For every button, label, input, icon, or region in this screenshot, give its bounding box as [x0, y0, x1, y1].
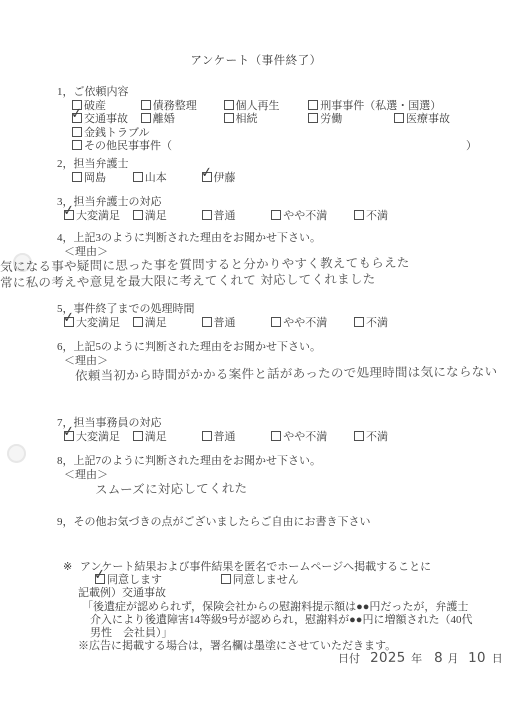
handwritten-month: 8	[434, 650, 443, 666]
consent-option-row: 同意します 同意しません	[95, 574, 512, 587]
example-heading: 記載例）交通事故	[78, 587, 512, 600]
section-reason-q7: 8，上記7のように判断された理由をお聞かせ下さい。 ＜理由＞ スムーズに対応して…	[0, 455, 512, 498]
section-label: 事件終了までの処理時間	[74, 303, 195, 315]
section-number: 1，	[57, 86, 74, 100]
section-header: 1，ご依頼内容	[57, 86, 512, 100]
option-ito: 伊藤	[202, 172, 236, 186]
section-label: 担当弁護士の対応	[74, 196, 162, 208]
option-debt-consolidation: 債務整理	[141, 100, 221, 114]
day-unit: 日	[492, 653, 503, 665]
option-somewhat-dissatisfied: やや不満	[271, 317, 351, 331]
section-label: 上記5のように判断された理由をお聞かせ下さい。	[74, 341, 322, 353]
option-very-satisfied: 大変満足	[64, 317, 130, 331]
month-unit: 月	[447, 653, 458, 665]
option-row: 岡島 山本 伊藤	[72, 172, 512, 186]
option-very-satisfied: 大変満足	[64, 210, 130, 224]
checkbox-very-satisfied[interactable]	[64, 317, 74, 327]
option-divorce: 離婚	[141, 113, 221, 127]
option-satisfied: 満足	[133, 210, 199, 224]
date-line: 日付 2025 年 8 月 10 日	[338, 650, 503, 666]
checkbox-dissatisfied[interactable]	[354, 210, 364, 220]
section-label: 上記7のように判断された理由をお聞かせ下さい。	[74, 455, 322, 467]
option-label: 山本	[145, 172, 167, 184]
option-label: 満足	[145, 210, 167, 222]
consent-intro: アンケート結果および事件結果を匿名でホームページへ掲載することに	[80, 561, 431, 573]
option-label: 大変満足	[76, 431, 120, 443]
option-label: 債務整理	[153, 100, 197, 112]
section-header: 2，担当弁護士	[57, 158, 512, 172]
option-label: 相続	[236, 113, 258, 125]
consent-intro-line: ※アンケート結果および事件結果を匿名でホームページへ掲載することに	[63, 561, 512, 574]
checkbox-civil-rehabilitation[interactable]	[224, 100, 234, 110]
option-row: 大変満足 満足 普通 やや不満 不満	[64, 431, 512, 445]
checkbox-somewhat-dissatisfied[interactable]	[271, 317, 281, 327]
checkbox-very-satisfied[interactable]	[64, 431, 74, 441]
checkbox-disagree[interactable]	[221, 574, 231, 584]
handwritten-answer: 依頼当初から時間がかかる案件と話があったので処理時間は気にならない	[75, 363, 512, 384]
option-somewhat-dissatisfied: やや不満	[271, 210, 351, 224]
example-text-line: 「後遺症が認められず，保険会社からの慰謝料提示額は●●円だったが，弁護士	[82, 601, 512, 614]
closing-paren: ）	[466, 140, 477, 154]
option-dissatisfied: 不満	[354, 317, 388, 331]
option-label: 同意します	[107, 574, 162, 586]
checkbox-somewhat-dissatisfied[interactable]	[271, 431, 281, 441]
option-civil-rehabilitation: 個人再生	[224, 100, 306, 114]
option-label: 普通	[214, 431, 236, 443]
option-yamamoto: 山本	[133, 172, 199, 186]
option-label: 同意しません	[233, 574, 299, 586]
option-label: 離婚	[153, 113, 175, 125]
section-lawyer-response: 3，担当弁護士の対応 大変満足 満足 普通 やや不満 不満	[0, 196, 512, 223]
option-very-satisfied: 大変満足	[64, 431, 130, 445]
handwritten-day: 10	[468, 650, 486, 666]
option-label: 刑事事件（私選・国選）	[320, 100, 441, 112]
date-label: 日付	[338, 653, 360, 665]
option-row: 大変満足 満足 普通 やや不満 不満	[64, 210, 512, 224]
option-other-civil-case: その他民事事件（	[72, 140, 172, 154]
option-row: 金銭トラブル	[72, 127, 512, 141]
checkbox-dissatisfied[interactable]	[354, 431, 364, 441]
section-staff-response: 7，担当事務員の対応 大変満足 満足 普通 やや不満 不満	[0, 417, 512, 444]
example-text-line: 男性 会社員）」	[90, 627, 512, 640]
option-label: 岡島	[84, 172, 106, 184]
option-dissatisfied: 不満	[354, 210, 388, 224]
option-label: 破産	[84, 100, 106, 112]
checkbox-neutral[interactable]	[202, 210, 212, 220]
scanned-survey-page: アンケート（事件終了） 1，ご依頼内容 破産 債務整理 個人再生 刑事事件（私選…	[0, 0, 512, 725]
option-okajima: 岡島	[72, 172, 130, 186]
option-label: 普通	[214, 317, 236, 329]
checkbox-inheritance[interactable]	[224, 113, 234, 123]
section-assigned-lawyer: 2，担当弁護士 岡島 山本 伊藤	[0, 158, 512, 185]
checkbox-money-trouble[interactable]	[72, 127, 82, 137]
checkbox-satisfied[interactable]	[133, 210, 143, 220]
option-traffic-accident: 交通事故	[72, 113, 138, 127]
example-text-line: 介入により後遺障害14等級9号が認められ，慰謝料が●●円に増額された（40代	[90, 614, 512, 627]
section-label: 上記3のように判断された理由をお聞かせ下さい。	[74, 232, 322, 244]
section-processing-time: 5，事件終了までの処理時間 大変満足 満足 普通 やや不満 不満	[0, 303, 512, 330]
option-satisfied: 満足	[133, 431, 199, 445]
section-header: 9，その他お気づきの点がございましたらご自由にお書き下さい	[57, 516, 512, 530]
section-label: ご依頼内容	[74, 86, 129, 98]
option-label: 満足	[145, 317, 167, 329]
option-label: その他民事事件（	[84, 140, 172, 152]
checkbox-somewhat-dissatisfied[interactable]	[271, 210, 281, 220]
checkbox-satisfied[interactable]	[133, 317, 143, 327]
footer-consent-block: ※アンケート結果および事件結果を匿名でホームページへ掲載することに 同意します …	[0, 561, 512, 653]
option-neutral: 普通	[202, 210, 269, 224]
checkbox-other-civil-case[interactable]	[72, 140, 82, 150]
option-label: 大変満足	[76, 317, 120, 329]
checkbox-okajima[interactable]	[72, 172, 82, 182]
handwritten-year: 2025	[370, 650, 406, 666]
option-label: やや不満	[283, 431, 327, 443]
option-row: 破産 債務整理 個人再生 刑事事件（私選・国選）	[72, 100, 512, 114]
option-label: やや不満	[283, 210, 327, 222]
option-satisfied: 満足	[133, 317, 199, 331]
checkbox-dissatisfied[interactable]	[354, 317, 364, 327]
section-number: 2，	[57, 158, 74, 172]
checkbox-debt-consolidation[interactable]	[141, 100, 151, 110]
section-header: 8，上記7のように判断された理由をお聞かせ下さい。	[57, 455, 512, 469]
section-label: 担当弁護士	[74, 158, 129, 170]
checkbox-labor[interactable]	[308, 113, 318, 123]
checkbox-yamamoto[interactable]	[133, 172, 143, 182]
option-agree: 同意します	[95, 574, 218, 587]
note-mark: ※	[63, 561, 80, 574]
section-header: 7，担当事務員の対応	[57, 417, 512, 431]
option-row: 交通事故 離婚 相続 労働 医療事故	[72, 113, 512, 127]
option-row: その他民事事件（	[72, 140, 512, 154]
option-label: 満足	[145, 431, 167, 443]
section-reason-q5: 6，上記5のように判断された理由をお聞かせ下さい。 ＜理由＞ 依頼当初から時間が…	[0, 341, 512, 384]
year-unit: 年	[411, 653, 422, 665]
section-header: 4，上記3のように判断された理由をお聞かせ下さい。	[57, 232, 512, 246]
option-neutral: 普通	[202, 431, 269, 445]
option-label: 不満	[366, 431, 388, 443]
option-disagree: 同意しません	[221, 574, 344, 587]
section-number: 8，	[57, 455, 74, 469]
option-row: 大変満足 満足 普通 やや不満 不満	[64, 317, 512, 331]
option-neutral: 普通	[202, 317, 269, 331]
checkbox-divorce[interactable]	[141, 113, 151, 123]
option-somewhat-dissatisfied: やや不満	[271, 431, 351, 445]
section-number: 6，	[57, 341, 74, 355]
checkbox-neutral[interactable]	[202, 317, 212, 327]
checkbox-satisfied[interactable]	[133, 431, 143, 441]
page-title: アンケート（事件終了）	[0, 52, 512, 68]
section-number: 9，	[57, 516, 74, 530]
section-header: 3，担当弁護士の対応	[57, 196, 512, 210]
option-label: 不満	[366, 210, 388, 222]
option-label: 伊藤	[214, 172, 236, 184]
option-label: 大変満足	[76, 210, 120, 222]
section-other-comments: 9，その他お気づきの点がございましたらご自由にお書き下さい	[0, 516, 512, 530]
checkbox-ito[interactable]	[202, 172, 212, 182]
checkbox-neutral[interactable]	[202, 431, 212, 441]
option-medical-accident: 医療事故	[394, 113, 450, 127]
checkbox-medical-accident[interactable]	[394, 113, 404, 123]
section-reason-q3: 4，上記3のように判断された理由をお聞かせ下さい。 ＜理由＞ 気になる事や疑問に…	[0, 232, 512, 291]
checkbox-agree[interactable]	[95, 574, 105, 584]
option-label: 医療事故	[406, 113, 450, 125]
checkbox-criminal-case[interactable]	[308, 100, 318, 110]
option-labor: 労働	[308, 113, 391, 127]
checkbox-traffic-accident[interactable]	[72, 113, 82, 123]
checkbox-very-satisfied[interactable]	[64, 210, 74, 220]
section-number: 4，	[57, 232, 74, 246]
option-money-trouble: 金銭トラブル	[72, 127, 150, 141]
option-label: 金銭トラブル	[84, 127, 150, 139]
option-dissatisfied: 不満	[354, 431, 388, 445]
section-label: その他お気づきの点がございましたらご自由にお書き下さい	[74, 516, 371, 528]
option-label: やや不満	[283, 317, 327, 329]
handwritten-answer: スムーズに対応してくれた	[95, 478, 512, 498]
section-header: 6，上記5のように判断された理由をお聞かせ下さい。	[57, 341, 512, 355]
option-inheritance: 相続	[224, 113, 306, 127]
option-label: 個人再生	[236, 100, 280, 112]
section-label: 担当事務員の対応	[74, 417, 162, 429]
option-label: 普通	[214, 210, 236, 222]
section-request-type: 1，ご依頼内容 破産 債務整理 個人再生 刑事事件（私選・国選） 交通事故 離婚…	[0, 86, 512, 154]
section-header: 5，事件終了までの処理時間	[57, 303, 512, 317]
option-label: 不満	[366, 317, 388, 329]
option-label: 労働	[320, 113, 342, 125]
option-label: 交通事故	[84, 113, 128, 125]
option-criminal-case: 刑事事件（私選・国選）	[308, 100, 441, 114]
